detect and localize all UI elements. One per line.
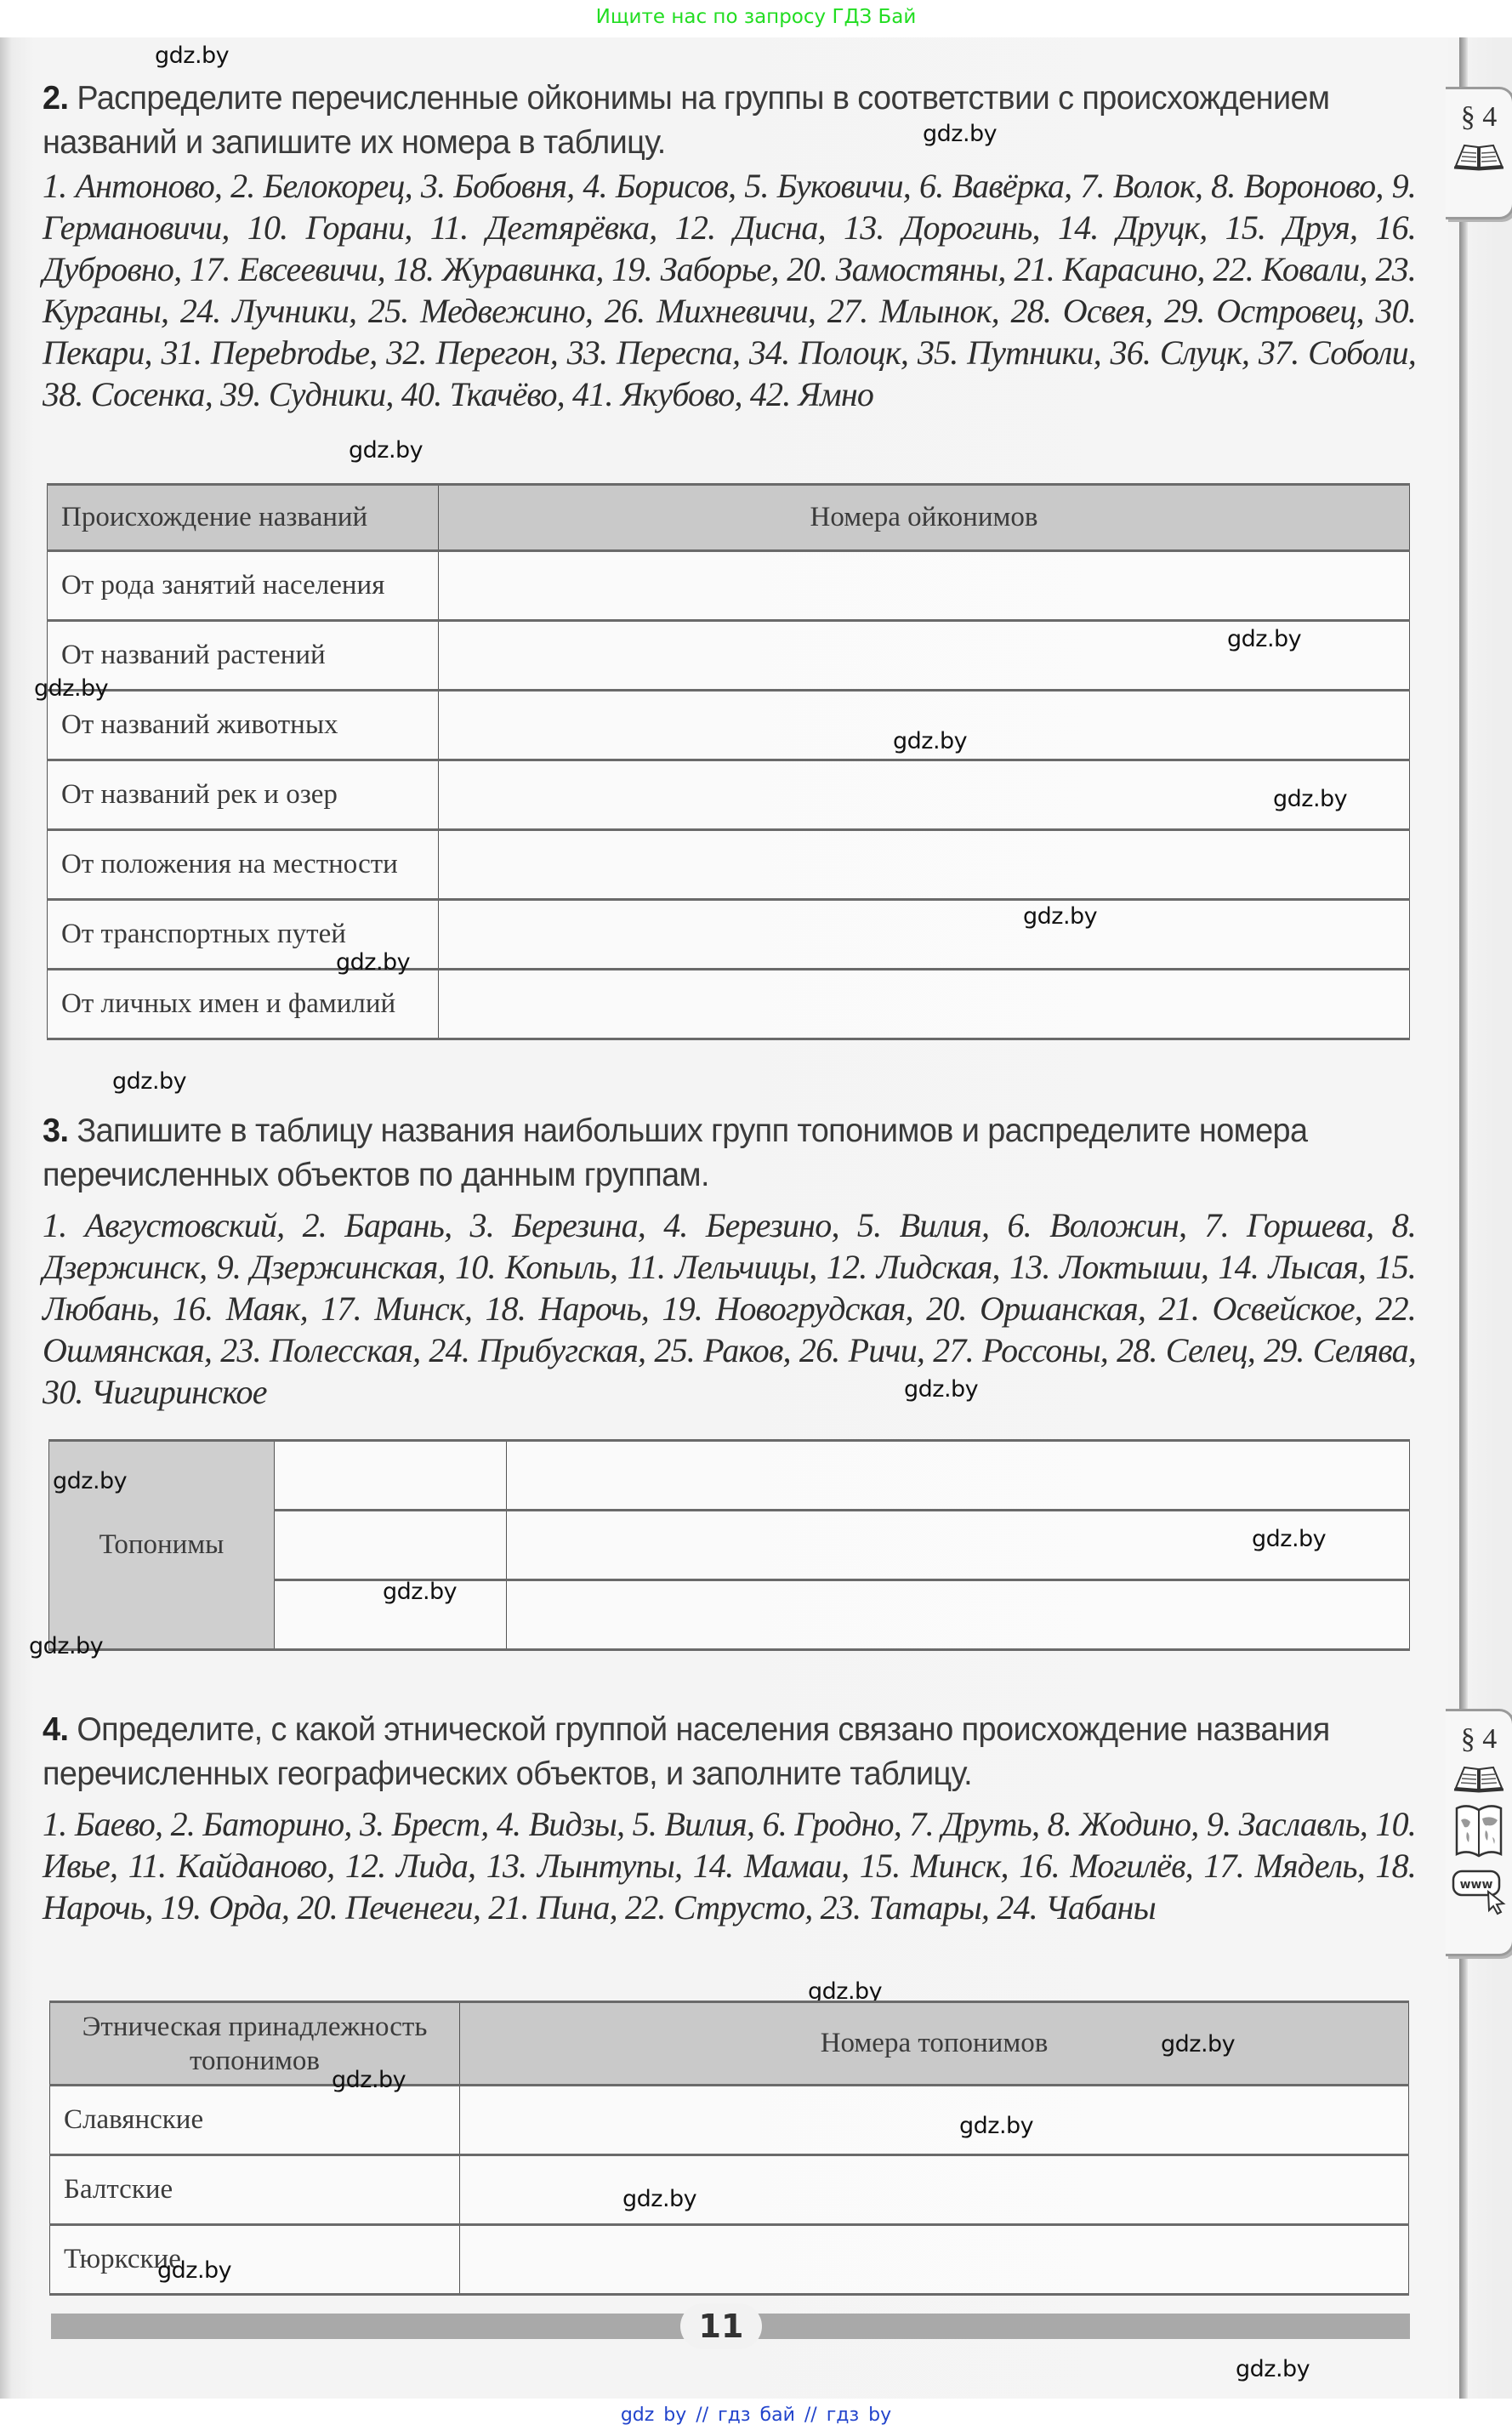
task2-heading: 2. Распределите перечисленные ойконимы н… xyxy=(43,77,1371,165)
answer-cell[interactable] xyxy=(460,2155,1409,2225)
watermark: gdz.by xyxy=(904,1376,978,1403)
group-cell[interactable] xyxy=(275,1511,507,1580)
origin-label: От рода занятий населения xyxy=(48,551,439,621)
table-row: Балтские xyxy=(50,2155,1409,2225)
watermark: gdz.by xyxy=(157,2257,231,2284)
task2-title: Распределите перечисленные ойконимы на г… xyxy=(43,80,1329,161)
search-banner[interactable]: Ищите нас по запросу ГДЗ Бай xyxy=(0,0,1512,37)
world-map-book-icon[interactable] xyxy=(1453,1801,1504,1861)
watermark: gdz.by xyxy=(155,43,229,69)
watermark: gdz.by xyxy=(893,728,967,754)
task2-oikonym-list: 1. Антоново, 2. Белокорец, 3. Бобовня, 4… xyxy=(43,165,1416,415)
watermark: gdz.by xyxy=(1252,1526,1326,1552)
ethnic-label: Тюркские xyxy=(50,2225,460,2295)
ethnic-label: Балтские xyxy=(50,2155,460,2225)
task3-table: Топонимы xyxy=(48,1439,1410,1651)
answer-cell[interactable] xyxy=(439,970,1410,1039)
book-icon xyxy=(1452,1759,1505,1793)
table-row: От личных имен и фамилий xyxy=(48,970,1410,1039)
task3-heading: 3. Запишите в таблицу названия наибольши… xyxy=(43,1109,1371,1198)
watermark: gdz.by xyxy=(1161,2031,1235,2058)
page-number: 11 xyxy=(680,2303,762,2349)
answer-cell[interactable] xyxy=(439,830,1410,900)
watermark: gdz.by xyxy=(53,1468,127,1494)
footer-links[interactable]: gdz by // гдз бай // гдз by xyxy=(0,2399,1512,2436)
watermark: gdz.by xyxy=(112,1068,186,1095)
workbook-page: § 4 § 4 www gdz.by 2. Распред xyxy=(0,37,1512,2399)
answer-cell[interactable] xyxy=(439,900,1410,970)
origin-label: От личных имен и фамилий xyxy=(48,970,439,1039)
watermark: gdz.by xyxy=(1023,903,1097,930)
table-row: От названий животных xyxy=(48,691,1410,760)
watermark: gdz.by xyxy=(383,1579,457,1605)
table-row: От названий растений xyxy=(48,621,1410,691)
watermark: gdz.by xyxy=(622,2186,696,2212)
watermark: gdz.by xyxy=(29,1633,103,1659)
watermark: gdz.by xyxy=(1236,2356,1310,2382)
header-numbers: Номера ойконимов xyxy=(439,485,1410,551)
page-edge xyxy=(1459,37,1468,2399)
header-origin: Происхождение названий xyxy=(48,485,439,551)
section-tab-top[interactable]: § 4 xyxy=(1446,87,1512,219)
book-icon xyxy=(1452,137,1505,171)
watermark: gdz.by xyxy=(336,949,410,976)
svg-text:www: www xyxy=(1460,1878,1493,1892)
task4-number: 4. xyxy=(43,1711,68,1748)
table-row: Тюркские xyxy=(50,2225,1409,2295)
watermark: gdz.by xyxy=(349,437,423,464)
table-row: От названий рек и озер xyxy=(48,760,1410,830)
task4-heading: 4. Определите, с какой этнической группо… xyxy=(43,1708,1371,1796)
section-tab-bottom[interactable]: § 4 www xyxy=(1446,1709,1512,1956)
task3-number: 3. xyxy=(43,1113,68,1149)
table-row: От рода занятий населения xyxy=(48,551,1410,621)
task2-number: 2. xyxy=(43,80,68,117)
task4-title: Определите, с какой этнической группой н… xyxy=(43,1711,1330,1792)
watermark: gdz.by xyxy=(959,2113,1033,2139)
watermark: gdz.by xyxy=(1227,626,1301,652)
table-row: От транспортных путей xyxy=(48,900,1410,970)
group-cell[interactable] xyxy=(275,1441,507,1511)
table-row: Славянские xyxy=(50,2086,1409,2155)
task2-table: Происхождение названий Номера ойконимов … xyxy=(47,483,1410,1040)
watermark: gdz.by xyxy=(923,121,997,147)
watermark: gdz.by xyxy=(34,675,108,702)
watermark: gdz.by xyxy=(332,2067,406,2093)
answer-cell[interactable] xyxy=(439,551,1410,621)
watermark: gdz.by xyxy=(1273,786,1347,812)
task3-toponym-list: 1. Августовский, 2. Барань, 3. Березина,… xyxy=(43,1204,1416,1413)
answer-cell[interactable] xyxy=(439,760,1410,830)
answer-cell[interactable] xyxy=(460,2086,1409,2155)
origin-label: От названий рек и озер xyxy=(48,760,439,830)
section-label: § 4 xyxy=(1446,1723,1512,1756)
task3-title: Запишите в таблицу названия наибольших г… xyxy=(43,1113,1307,1193)
section-label: § 4 xyxy=(1446,101,1512,134)
www-link-icon[interactable]: www xyxy=(1451,1868,1507,1915)
answer-cell[interactable] xyxy=(460,2225,1409,2295)
task4-object-list: 1. Баево, 2. Баторино, 3. Брест, 4. Видз… xyxy=(43,1803,1416,1928)
header-numbers: Номера топонимов xyxy=(460,2002,1409,2086)
origin-label: От положения на местности xyxy=(48,830,439,900)
ethnic-label: Славянские xyxy=(50,2086,460,2155)
table-row: Топонимы xyxy=(49,1441,1410,1511)
answer-cell[interactable] xyxy=(507,1441,1410,1511)
table-row: От положения на местности xyxy=(48,830,1410,900)
answer-cell[interactable] xyxy=(507,1580,1410,1650)
